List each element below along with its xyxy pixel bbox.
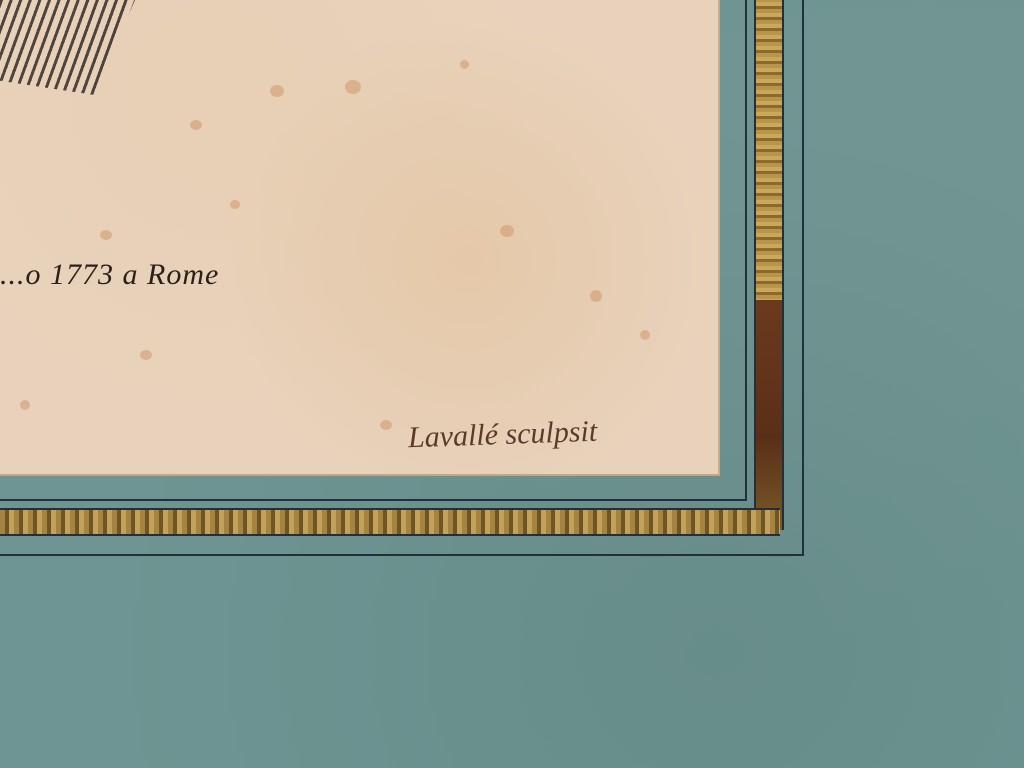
ink-hatching <box>0 0 135 95</box>
outer-rule-vertical <box>802 0 804 556</box>
inner-rule-horizontal <box>0 499 747 501</box>
engraver-signature: Lavallé sculpsit <box>407 415 597 456</box>
gilt-border-horizontal <box>0 508 780 536</box>
inner-rule-vertical <box>745 0 747 500</box>
drawing-paper: ...o 1773 a Rome Lavallé sculpsit <box>0 0 720 476</box>
gilt-border-vertical <box>754 0 784 530</box>
caption-inscription: ...o 1773 a Rome <box>0 258 219 292</box>
outer-rule-horizontal <box>0 554 804 556</box>
